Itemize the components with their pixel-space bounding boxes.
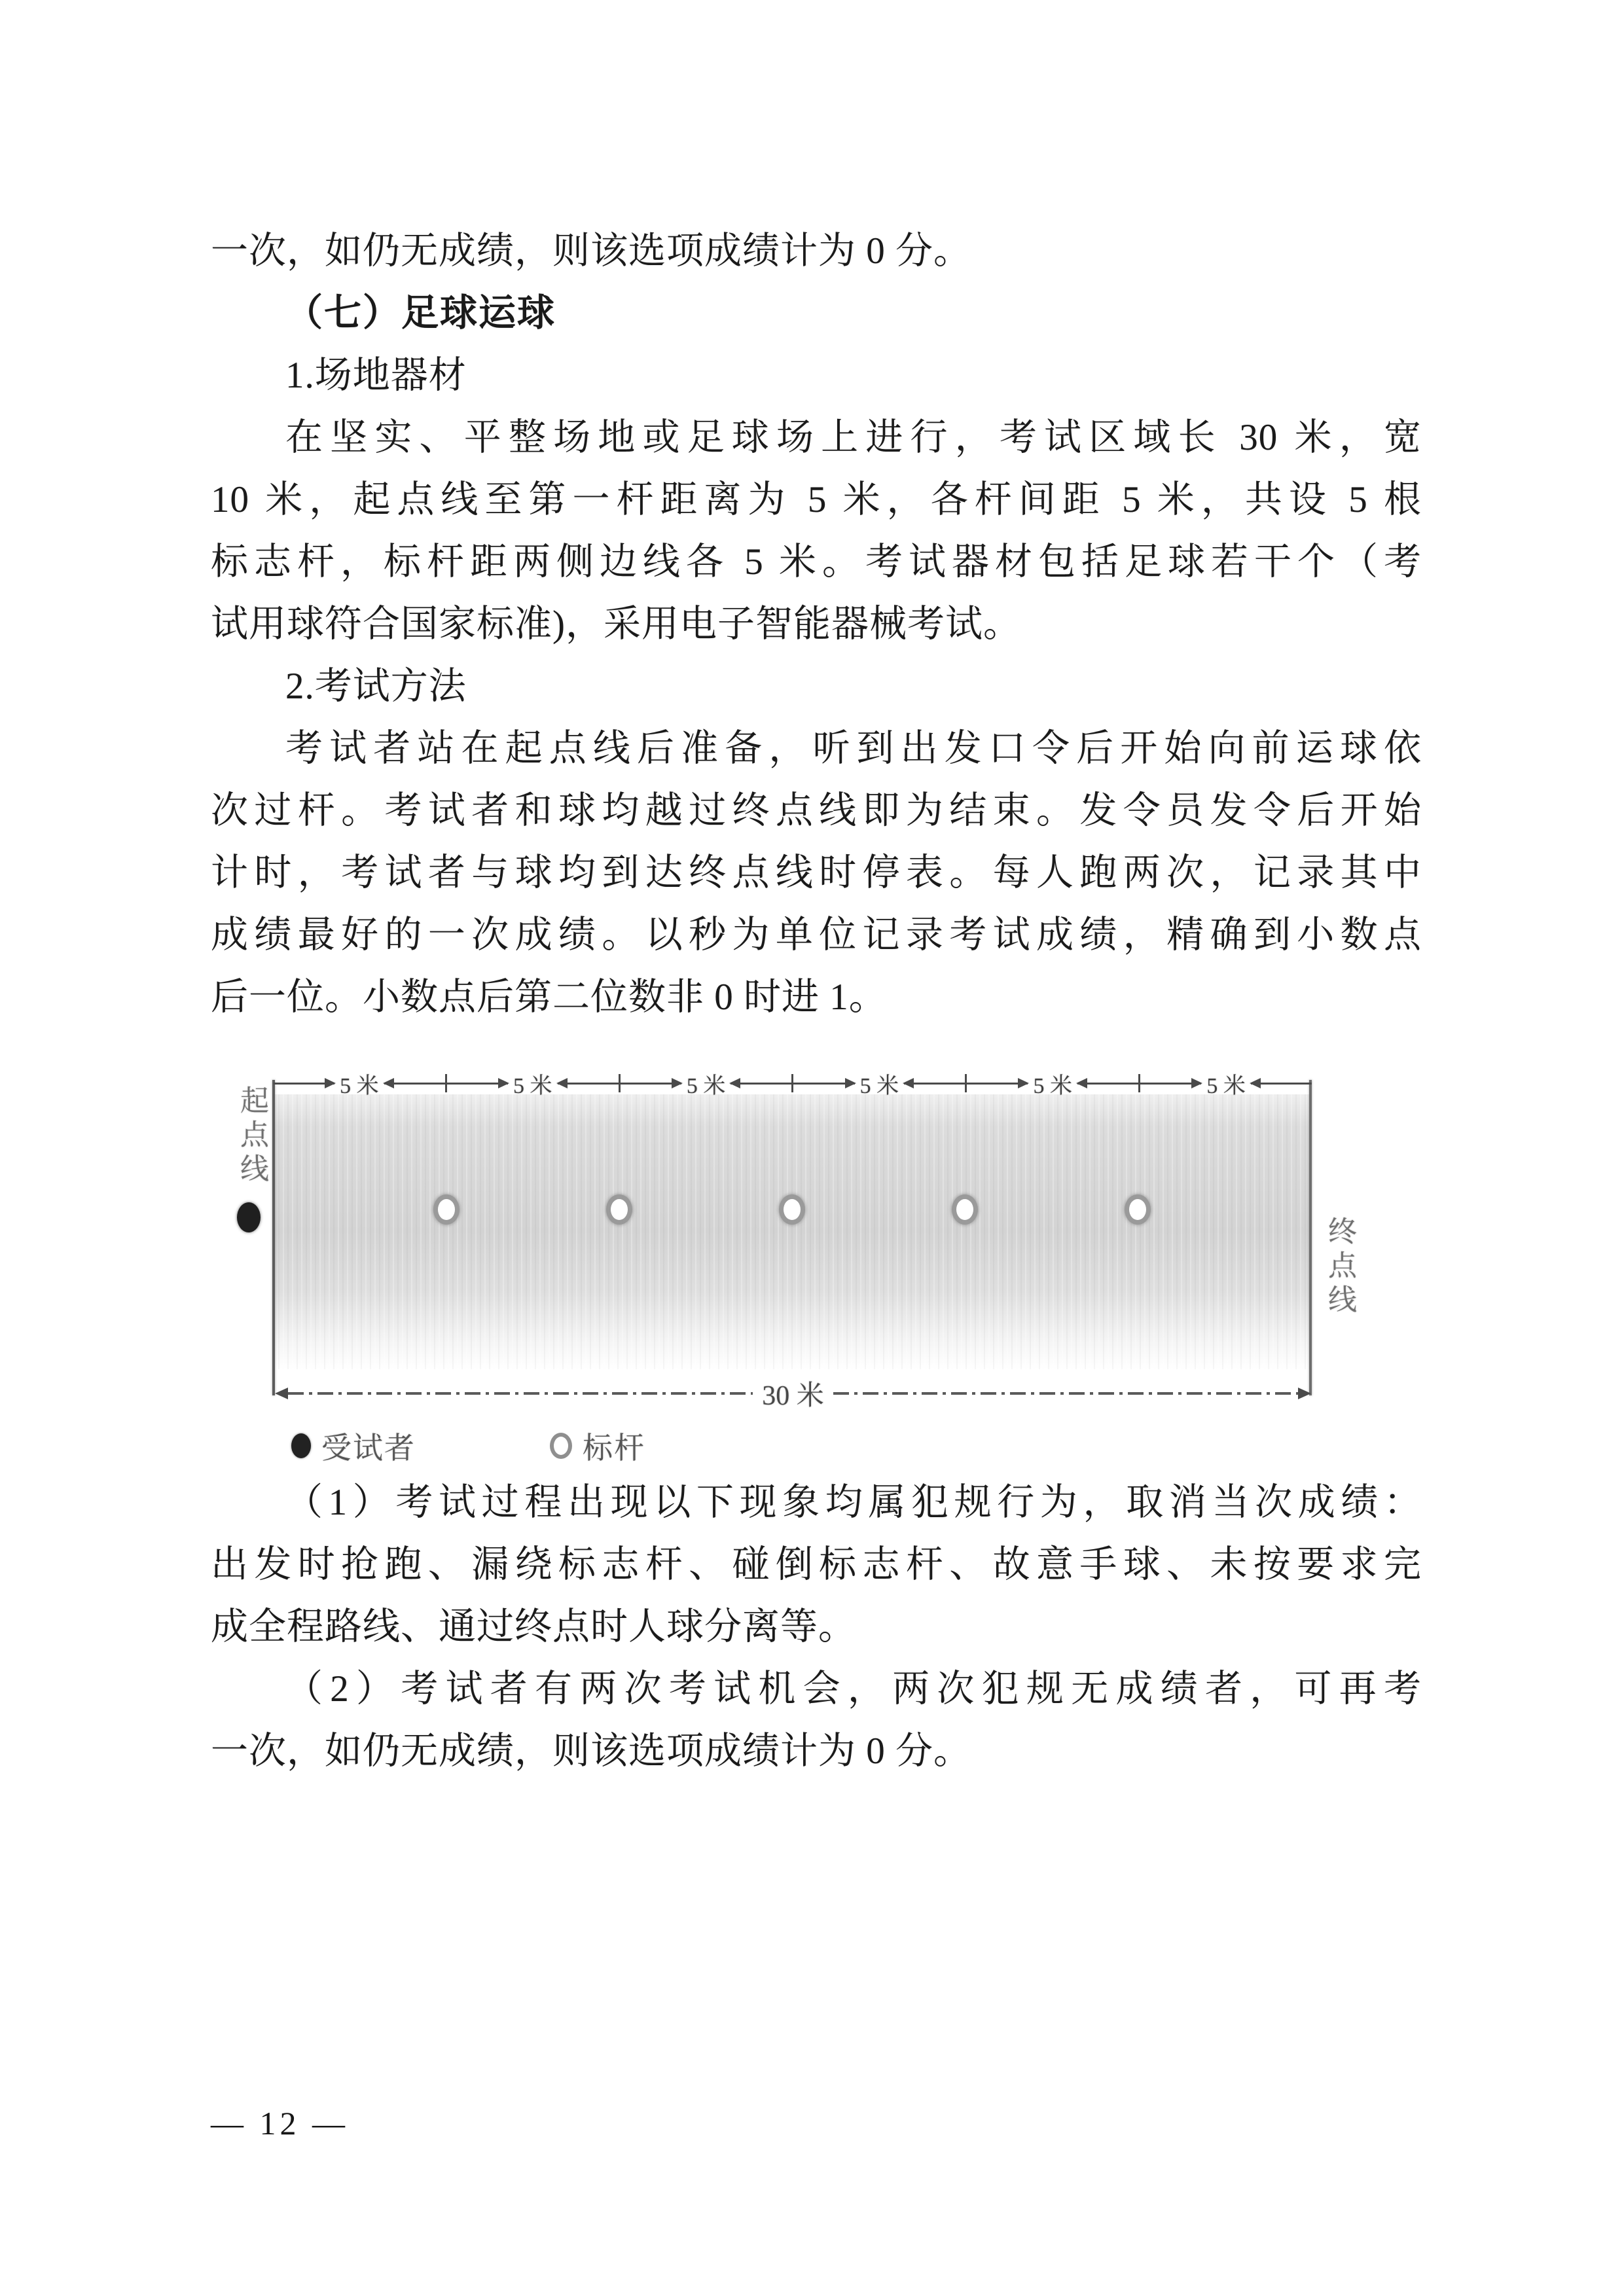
subsection-heading: 1.场地器材 (211, 344, 1422, 406)
text-line: 一次，如仍无成绩，则该选项成绩计为 0 分。 (211, 220, 1422, 282)
legend-item-examinee: 受试者 (291, 1424, 416, 1467)
dimension-arrow-line (967, 1083, 1028, 1085)
text-line: 出发时抢跑、漏绕标志杆、碰倒标志杆、故意手球、未按要求完 (211, 1534, 1422, 1596)
page-number: — 12 — (211, 2104, 349, 2143)
marker-pole (1125, 1194, 1151, 1225)
dimension-segment: 5 米 (793, 1067, 965, 1100)
text-line: 在坚实、平整场地或足球场上进行，考试区域长 30 米，宽 (211, 406, 1422, 469)
dimension-label: 5 米 (508, 1067, 558, 1100)
dimension-arrow-line (904, 1083, 965, 1085)
dimension-row: 5 米 5 米 5 米 5 米 (274, 1071, 1312, 1096)
dimension-segment: 5 米 (1140, 1067, 1312, 1100)
text-line: 次过杆。考试者和球均越过终点线即为结束。发令员发令后开始 (211, 780, 1422, 842)
dimension-arrow-line (447, 1083, 508, 1085)
dimension-arrow-line (621, 1083, 681, 1085)
dimension-segment: 5 米 (447, 1067, 619, 1100)
dimension-label: 5 米 (681, 1067, 731, 1100)
filled-dot-icon (291, 1433, 311, 1458)
text-line: 一次，如仍无成绩，则该选项成绩计为 0 分。 (211, 1720, 1422, 1782)
text-line: 考试者站在起点线后准备，听到出发口令后开始向前运球依 (211, 717, 1422, 780)
dimension-label: 5 米 (855, 1067, 905, 1100)
start-line (272, 1080, 275, 1395)
dimension-label: 5 米 (334, 1067, 384, 1100)
arrow-right-icon (1298, 1388, 1311, 1399)
dimension-arrow-line (793, 1083, 854, 1085)
marker-pole (952, 1194, 978, 1225)
text-block-bottom: （1）考试过程出现以下现象均属犯规行为，取消当次成绩： 出发时抢跑、漏绕标志杆、… (211, 1471, 1422, 1782)
dash-dot-line (833, 1392, 1298, 1395)
finish-line (1309, 1080, 1312, 1395)
dash-dot-line (288, 1392, 753, 1395)
legend-label: 受试者 (321, 1424, 416, 1467)
diagram-legend: 受试者 标杆 (291, 1424, 645, 1467)
course-diagram: 起点线 终点线 5 米 5 米 5 米 (229, 1066, 1401, 1498)
section-heading: （七）足球运球 (211, 282, 1422, 344)
marker-pole (779, 1194, 805, 1225)
text-line: 计时，考试者与球均到达终点线时停表。每人跑两次，记录其中 (211, 842, 1422, 904)
dimension-arrow-line (384, 1083, 445, 1085)
marker-pole (606, 1194, 632, 1225)
legend-label: 标杆 (583, 1424, 645, 1467)
dimension-arrow-line (1251, 1083, 1312, 1085)
course-field (274, 1094, 1312, 1369)
dimension-arrow-line (731, 1083, 791, 1085)
document-page: 一次，如仍无成绩，则该选项成绩计为 0 分。 （七）足球运球 1.场地器材 在坚… (0, 0, 1624, 2296)
dimension-segment: 5 米 (967, 1067, 1138, 1100)
dimension-segment: 5 米 (621, 1067, 792, 1100)
dimension-arrow-line (274, 1083, 334, 1085)
start-line-label: 起点线 (230, 1085, 272, 1187)
text-line: 后一位。小数点后第二位数非 0 时进 1。 (211, 966, 1422, 1028)
marker-pole (433, 1194, 460, 1225)
dimension-label: 5 米 (1201, 1067, 1251, 1100)
text-line: （1）考试过程出现以下现象均属犯规行为，取消当次成绩： (211, 1471, 1422, 1534)
legend-item-pole: 标杆 (550, 1424, 645, 1467)
dimension-arrow-line (1140, 1083, 1201, 1085)
text-line: 成全程路线、通过终点时人球分离等。 (211, 1596, 1422, 1658)
dimension-segment: 5 米 (274, 1067, 445, 1100)
total-length-row: 30 米 (275, 1385, 1311, 1402)
open-circle-icon (550, 1433, 572, 1459)
examinee-dot (237, 1202, 261, 1232)
dimension-label: 5 米 (1028, 1067, 1077, 1100)
text-line: 成绩最好的一次成绩。以秒为单位记录考试成绩，精确到小数点 (211, 904, 1422, 966)
text-line: 10 米，起点线至第一杆距离为 5 米，各杆间距 5 米，共设 5 根 (211, 469, 1422, 531)
dimension-arrow-line (1077, 1083, 1138, 1085)
total-length-label: 30 米 (753, 1374, 833, 1413)
text-line: （2）考试者有两次考试机会，两次犯规无成绩者，可再考 (211, 1658, 1422, 1720)
finish-line-label: 终点线 (1318, 1216, 1360, 1318)
text-line: 试用球符合国家标准)，采用电子智能器械考试。 (211, 593, 1422, 655)
dimension-arrow-line (558, 1083, 619, 1085)
text-line: 标志杆，标杆距两侧边线各 5 米。考试器材包括足球若干个（考 (211, 531, 1422, 593)
arrow-left-icon (275, 1388, 288, 1399)
subsection-heading: 2.考试方法 (211, 655, 1422, 717)
text-block-top: 一次，如仍无成绩，则该选项成绩计为 0 分。 （七）足球运球 1.场地器材 在坚… (211, 220, 1422, 1028)
